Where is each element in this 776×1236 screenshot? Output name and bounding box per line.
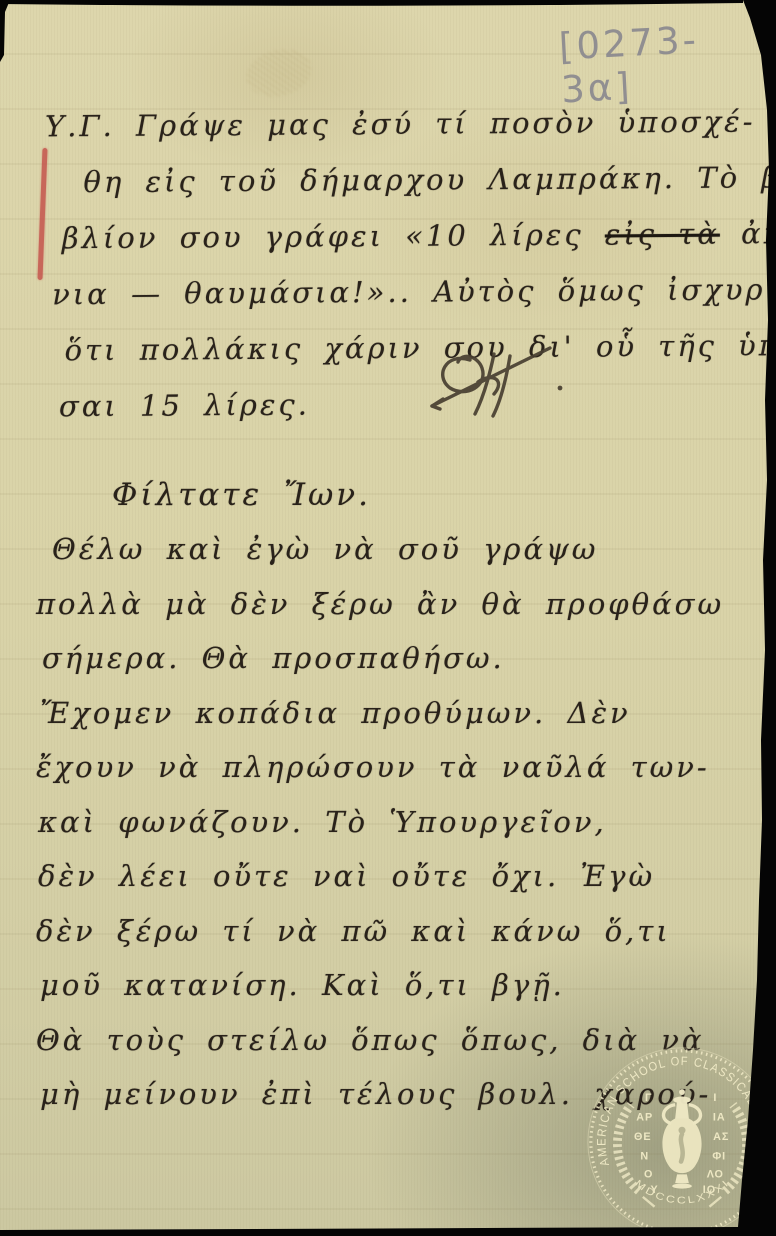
seal-letter: Ι (713, 1092, 717, 1104)
letter-body-block: Θέλω καὶ ἐγὼ νὰ σοῦ γράψω πολλὰ μὰ δὲν ξ… (0, 522, 776, 1122)
seal-letter: Υ (650, 1184, 658, 1196)
seal-letter: Ν (640, 1151, 649, 1163)
seal-letter: Ο (644, 1168, 653, 1180)
line-segment: ἀκροθί- (720, 216, 776, 251)
seal-letter: ΛΟ (707, 1168, 724, 1180)
line-segment: βλίον σου γράφει «10 λίρες (62, 217, 605, 255)
seal-letter: ΑΡ (636, 1111, 653, 1123)
struck-word: εἰς τὰ (605, 217, 720, 252)
handwriting-line: καὶ φωνάζουν. Τὸ Ὑπουργεῖον, (38, 795, 776, 850)
handwriting-line: σήμερα. Θὰ προσπαθήσω. (42, 631, 776, 686)
handwriting-line: μοῦ κατανίση. Καὶ ὅ,τι βγῇ. (40, 958, 776, 1013)
handwriting-line: νια — θαυμάσια!».. Αὐτὸς ὅμως ἰσχυρίζετα… (52, 261, 776, 322)
handwriting-line: Υ.Γ. Γράψε μας ἐσύ τί ποσὸν ὑποσχέ- (45, 93, 775, 154)
seal-letter: ΦΙ (712, 1151, 726, 1163)
seal-letter: ΘΕ (634, 1131, 652, 1143)
amphora-icon (662, 1089, 701, 1189)
seal-letter: Γ (645, 1092, 652, 1104)
seal-letter: ΙΟ (703, 1184, 716, 1196)
postscript-block: Υ.Γ. Γράψε μας ἐσύ τί ποσὸν ὑποσχέ- θη ε… (0, 93, 776, 434)
greeting-line: Φίλτατε Ἴων. (112, 468, 371, 522)
handwriting-line: ἔχουν νὰ πληρώσουν τὰ ναῦλά των- (36, 740, 776, 795)
signature-monogram (412, 336, 572, 420)
handwriting-line: θη εἰς τοῦ δήμαρχου Λαμπράκη. Τὸ βι- (83, 149, 775, 210)
handwriting-line: Θέλω καὶ ἐγὼ νὰ σοῦ γράψω (52, 522, 776, 577)
seal-letter: ΑΣ (713, 1131, 729, 1143)
handwriting-line: δὲν ξέρω τί νὰ πῶ καὶ κάνω ὅ,τι (36, 904, 776, 959)
handwriting-line: βλίον σου γράφει «10 λίρες εἰς τὰ ἀκροθί… (62, 205, 776, 266)
handwriting-line: Ἔχομεν κοπάδια προθύμων. Δὲν (40, 686, 776, 741)
handwriting-line: δὲν λέει οὔτε ναὶ οὔτε ὄχι. Ἐγὼ (38, 849, 776, 904)
scanned-letter-page: [0273-3α] Υ.Γ. Γράψε μας ἐσύ τί ποσὸν ὑπ… (0, 0, 776, 1236)
handwriting-line: πολλὰ μὰ δὲν ξέρω ἂν θὰ προφθάσω (36, 577, 776, 632)
embossed-seal: AMERICAN SCHOOL OF CLASSICAL STUDIES AT … (584, 1044, 776, 1236)
seal-letter: ΙΑ (713, 1111, 726, 1123)
